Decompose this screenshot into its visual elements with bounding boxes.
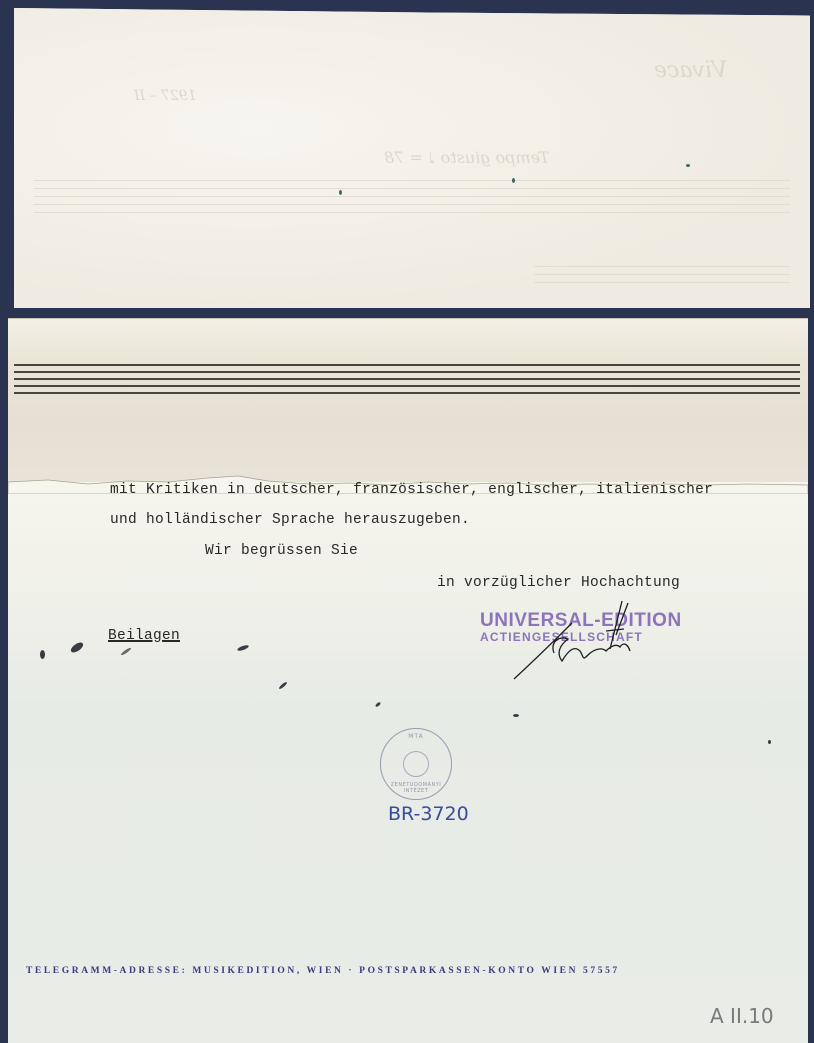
body-line-1-obscured: französischer, englischer, it [353,482,614,498]
ink-spatter [768,740,771,744]
staff-line-3 [14,378,800,380]
closing-salutation: in vorzüglicher Hochachtung [437,575,680,591]
faint-staff-line [534,274,790,275]
pencil-shelfmark: A II.10 [710,1004,774,1028]
staff-line-2 [14,371,800,373]
ink-speck [686,164,690,167]
body-line-1-tail: alienischer [614,482,713,498]
music-manuscript-sheet: Tempo giusto ♩ = 78 1927 – II Vivace [14,8,810,308]
staff-line-1 [14,364,800,366]
body-line-1: mit Kritiken in deutscher, französischer… [110,482,713,498]
closing-greeting: Wir begrüssen Sie [205,543,358,559]
ink-speck [339,190,342,195]
ink-spatter [513,714,519,717]
bleed-through-date: 1927 – II [134,88,197,104]
body-line-2: und holländischer Sprache herauszugeben. [110,512,470,528]
seal-bottom-text: ZENETUDOMÁNYI INTÉZET [381,782,451,794]
faint-staff-line [34,188,790,189]
letterhead-footer: TELEGRAMM-ADRESSE: MUSIKEDITION, WIEN · … [26,966,620,976]
bleed-through-heading: Vivace [654,58,727,83]
staff-paper-sheet [8,318,808,491]
body-line-1-visible: mit Kritiken in deutscher, [110,482,344,498]
bleed-through-tempo: Tempo giusto ♩ = 78 [384,148,550,167]
faint-staff-line [34,204,790,205]
enclosures-label: Beilagen [108,628,180,644]
faint-staff-line [34,180,790,181]
archive-shelfmark: BR-3720 [388,803,469,825]
handwritten-signature [510,595,660,685]
seal-top-text: MTA [381,733,451,740]
staff-line-4 [14,385,800,387]
archive-seal: MTA ZENETUDOMÁNYI INTÉZET [380,728,452,800]
faint-staff-line [534,282,790,283]
ink-speck [512,178,515,183]
staff-line-5 [14,392,800,394]
faint-staff-line [534,266,790,267]
ink-spatter [40,650,45,659]
faint-staff-line [34,212,790,213]
faint-staff-line [34,196,790,197]
seal-emblem-icon [403,751,429,777]
